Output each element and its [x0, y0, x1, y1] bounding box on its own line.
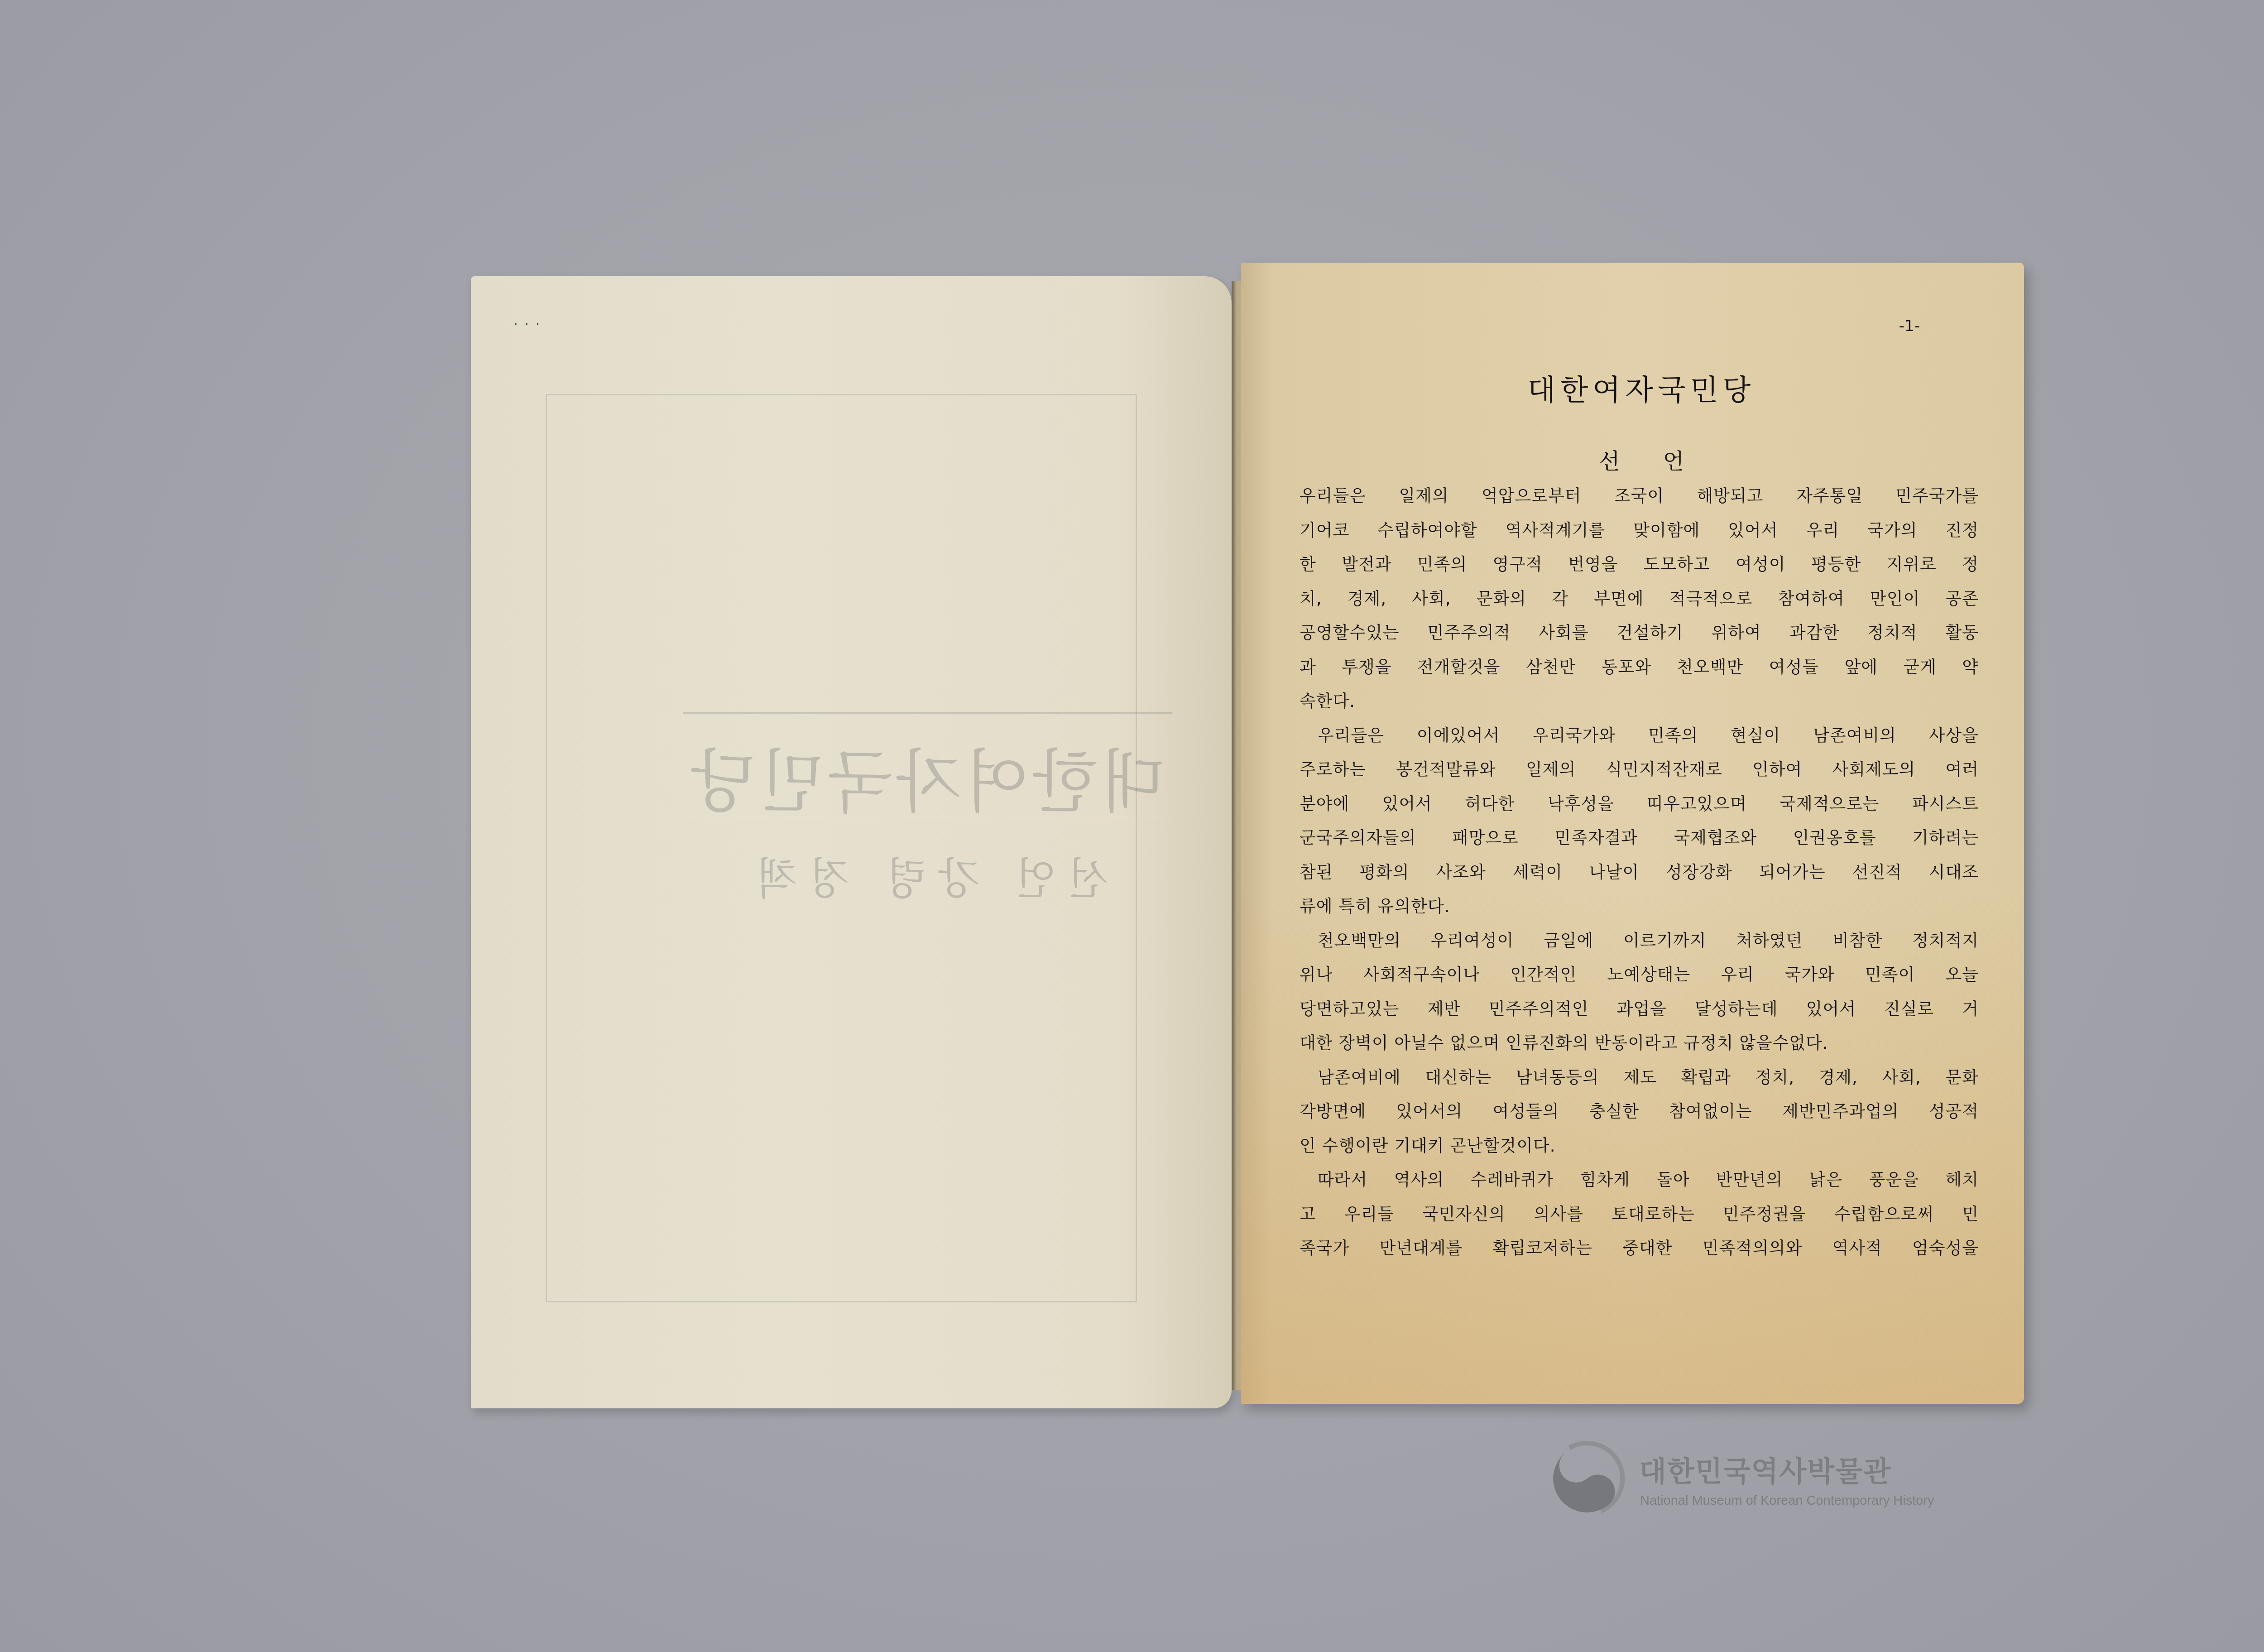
text-line: 족국가 만년대계를 확립코저하는 중대한 민족적의의와 역사적 엄숙성을	[1300, 1231, 1979, 1266]
document-title: 대한여자국민당	[1241, 367, 2024, 408]
museum-name-english: National Museum of Korean Contemporary H…	[1640, 1494, 1934, 1508]
text-line: 과 투쟁을 전개할것을 삼천만 동포와 천오백만 여성들 앞에 굳게 약	[1300, 650, 1979, 685]
open-booklet: ᐧ ᐧ ᐧ 대한여자국민당 선언 강령 정책 -1- 대한여자국민당 선 언 우…	[471, 263, 2010, 1426]
text-line: 기어코 수립하여야할 역사적계기를 맞이함에 있어서 우리 국가의 진정	[1300, 514, 1979, 548]
text-line: 따라서 역사의 수레바퀴가 힘차게 돌아 반만년의 낡은 풍운을 헤치	[1300, 1163, 1979, 1197]
bleed-through-title-box: 대한여자국민당 선언 강령 정책	[683, 712, 1172, 819]
document-subtitle: 선 언	[1241, 444, 2024, 475]
text-line: 한 발전과 민족의 영구적 번영을 도모하고 여성이 평등한 지위로 정	[1300, 547, 1979, 582]
text-line: 남존여비에 대신하는 남녀동등의 제도 확립과 정치, 경제, 사회, 문화	[1300, 1061, 1979, 1095]
bleed-through-subtitle: 선언 강령 정책	[683, 845, 1172, 907]
corner-mark: ᐧ ᐧ ᐧ	[514, 317, 541, 332]
text-line: 인 수행이란 기대키 곤난할것이다.	[1300, 1129, 1979, 1163]
text-line: 고 우리들 국민자신의 의사를 토대로하는 민주정권을 수립함으로써 민	[1300, 1197, 1979, 1232]
page-number: -1-	[1899, 317, 1920, 335]
text-line: 주로하는 봉건적말류와 일제의 식민지적잔재로 인하여 사회제도의 여러	[1300, 753, 1979, 787]
museum-watermark: 대한민국역사박물관 National Museum of Korean Cont…	[1549, 1440, 2029, 1531]
text-line: 우리들은 이에있어서 우리국가와 민족의 현실이 남존여비의 사상을	[1300, 719, 1979, 753]
text-line: 천오백만의 우리여성이 금일에 이르기까지 처하였던 비참한 정치적지	[1300, 924, 1979, 958]
text-line: 위나 사회적구속이나 인간적인 노예상태는 우리 국가와 민족이 오늘	[1300, 958, 1979, 992]
museum-name-korean: 대한민국역사박물관	[1639, 1449, 1891, 1489]
text-line: 치, 경제, 사회, 문화의 각 부면에 적극적으로 참여하여 만인이 공존	[1300, 582, 1979, 616]
text-line: 분야에 있어서 허다한 낙후성을 띠우고있으며 국제적으로는 파시스트	[1300, 787, 1979, 821]
text-line: 공영할수있는 민주주의적 사회를 건설하기 위하여 과감한 정치적 활동	[1300, 616, 1979, 650]
bleed-through-frame: 대한여자국민당 선언 강령 정책	[546, 394, 1137, 1302]
text-line: 류에 특히 유의한다.	[1300, 889, 1979, 924]
text-line: 군국주의자들의 패망으로 민족자결과 국제협조와 인권옹호를 기하려는	[1300, 821, 1979, 855]
taegeuk-logo-icon	[1549, 1440, 1626, 1517]
text-line: 각방면에 있어서의 여성들의 충실한 참여없이는 제반민주과업의 성공적	[1300, 1095, 1979, 1129]
left-page: ᐧ ᐧ ᐧ 대한여자국민당 선언 강령 정책	[471, 276, 1232, 1408]
declaration-body: 우리들은 일제의 억압으로부터 조국이 해방되고 자주통일 민주국가를기어코 수…	[1300, 479, 1979, 1266]
text-line: 참된 평화의 사조와 세력이 나날이 성장강화 되어가는 선진적 시대조	[1300, 855, 1979, 890]
text-line: 속한다.	[1300, 684, 1979, 719]
text-line: 우리들은 일제의 억압으로부터 조국이 해방되고 자주통일 민주국가를	[1300, 479, 1979, 514]
bleed-through-title: 대한여자국민당	[683, 727, 1172, 825]
text-line: 당면하고있는 제반 민주주의적인 과업을 달성하는데 있어서 진실로 거	[1300, 992, 1979, 1027]
right-page: -1- 대한여자국민당 선 언 우리들은 일제의 억압으로부터 조국이 해방되고…	[1241, 263, 2024, 1404]
text-line: 대한 장벽이 아닐수 없으며 인류진화의 반동이라고 규정치 않을수없다.	[1300, 1026, 1979, 1061]
